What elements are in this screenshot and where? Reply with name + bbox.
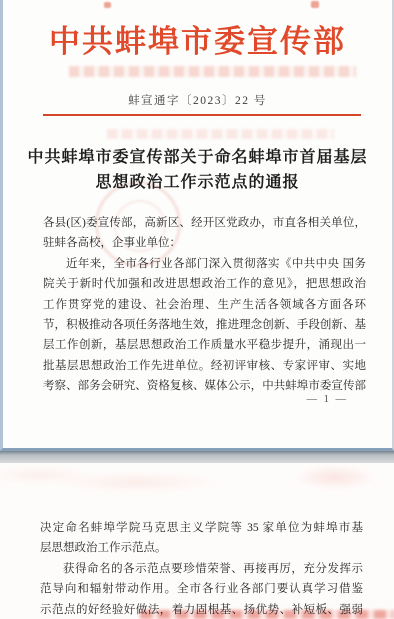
red-separator-rule: [43, 114, 361, 116]
ink-speck: [311, 1, 319, 8]
body-line: 院关于新时代加强和改进思想政治工作的意见》，把思想政治: [43, 274, 366, 294]
body-line: 示范点的好经验好做法，着力固根基、扬优势、补短板、强弱: [40, 600, 363, 619]
ink-bleedthrough-wash: [0, 463, 394, 511]
document-title-line-2: 思想政治工作示范点的通报: [3, 170, 392, 195]
body-line: 批基层思想政治工作先进单位。经初评审核、专家评审、实地: [43, 356, 366, 376]
body-line: 层思想政治工作示范点。: [40, 538, 363, 558]
body-line: 驻蚌各高校，企事业单位：: [43, 233, 366, 253]
page-1: 中共蚌埠市委宣传部 蚌宣通字〔2023〕22 号 中共蚌埠市委宣传部关于命名蚌埠…: [0, 0, 394, 451]
text-bleedthrough: [107, 129, 334, 139]
body-line: 节，积极推动各项任务落地生效，推进理念创新、手段创新、基: [43, 315, 366, 335]
body-line: 各县(区)委宣传部，高新区、经开区党政办，市直各相关单位，: [43, 213, 366, 233]
body-line: 近年来，全市各行业各部门深入贯彻落实《中共中央 国务: [43, 254, 366, 274]
doc-number: 蚌宣通字〔2023〕22 号: [3, 92, 392, 108]
body-line: 工作贯穿党的建设、社会治理、生产生活各领域各方面各环: [43, 295, 366, 315]
body-line: 范导向和辐射带动作用。全市各行业各部门要认真学习借鉴: [40, 579, 363, 599]
document-viewer: 中共蚌埠市委宣传部 蚌宣通字〔2023〕22 号 中共蚌埠市委宣传部关于命名蚌埠…: [0, 0, 394, 619]
body-line: 决定命名蚌埠学院马克思主义学院等 35 家单位为蚌埠市基: [40, 518, 363, 538]
page-separator: [0, 451, 394, 463]
body-line: 层工作创新，基层思想政治工作质量水平稳步提升，涌现出一: [43, 335, 366, 355]
body-text-page-1: 各县(区)委宣传部，高新区、经开区党政办，市直各相关单位， 驻蚌各高校，企事业单…: [43, 213, 366, 397]
page-2: 决定命名蚌埠学院马克思主义学院等 35 家单位为蚌埠市基 层思想政治工作示范点。…: [0, 463, 394, 619]
document-title: 中共蚌埠市委宣传部关于命名蚌埠市首届基层 思想政治工作示范点的通报: [3, 145, 392, 195]
ink-speck: [104, 2, 111, 8]
document-title-line-1: 中共蚌埠市委宣传部关于命名蚌埠市首届基层: [3, 145, 392, 170]
body-line: 获得命名的各示范点要珍惜荣誉、再接再厉，充分发挥示: [40, 559, 363, 579]
agency-header: 中共蚌埠市委宣传部: [3, 16, 392, 61]
page-number: — 1 —: [307, 394, 349, 405]
text-bleedthrough: [69, 66, 356, 77]
body-text-page-2: 决定命名蚌埠学院马克思主义学院等 35 家单位为蚌埠市基 层思想政治工作示范点。…: [40, 518, 363, 619]
